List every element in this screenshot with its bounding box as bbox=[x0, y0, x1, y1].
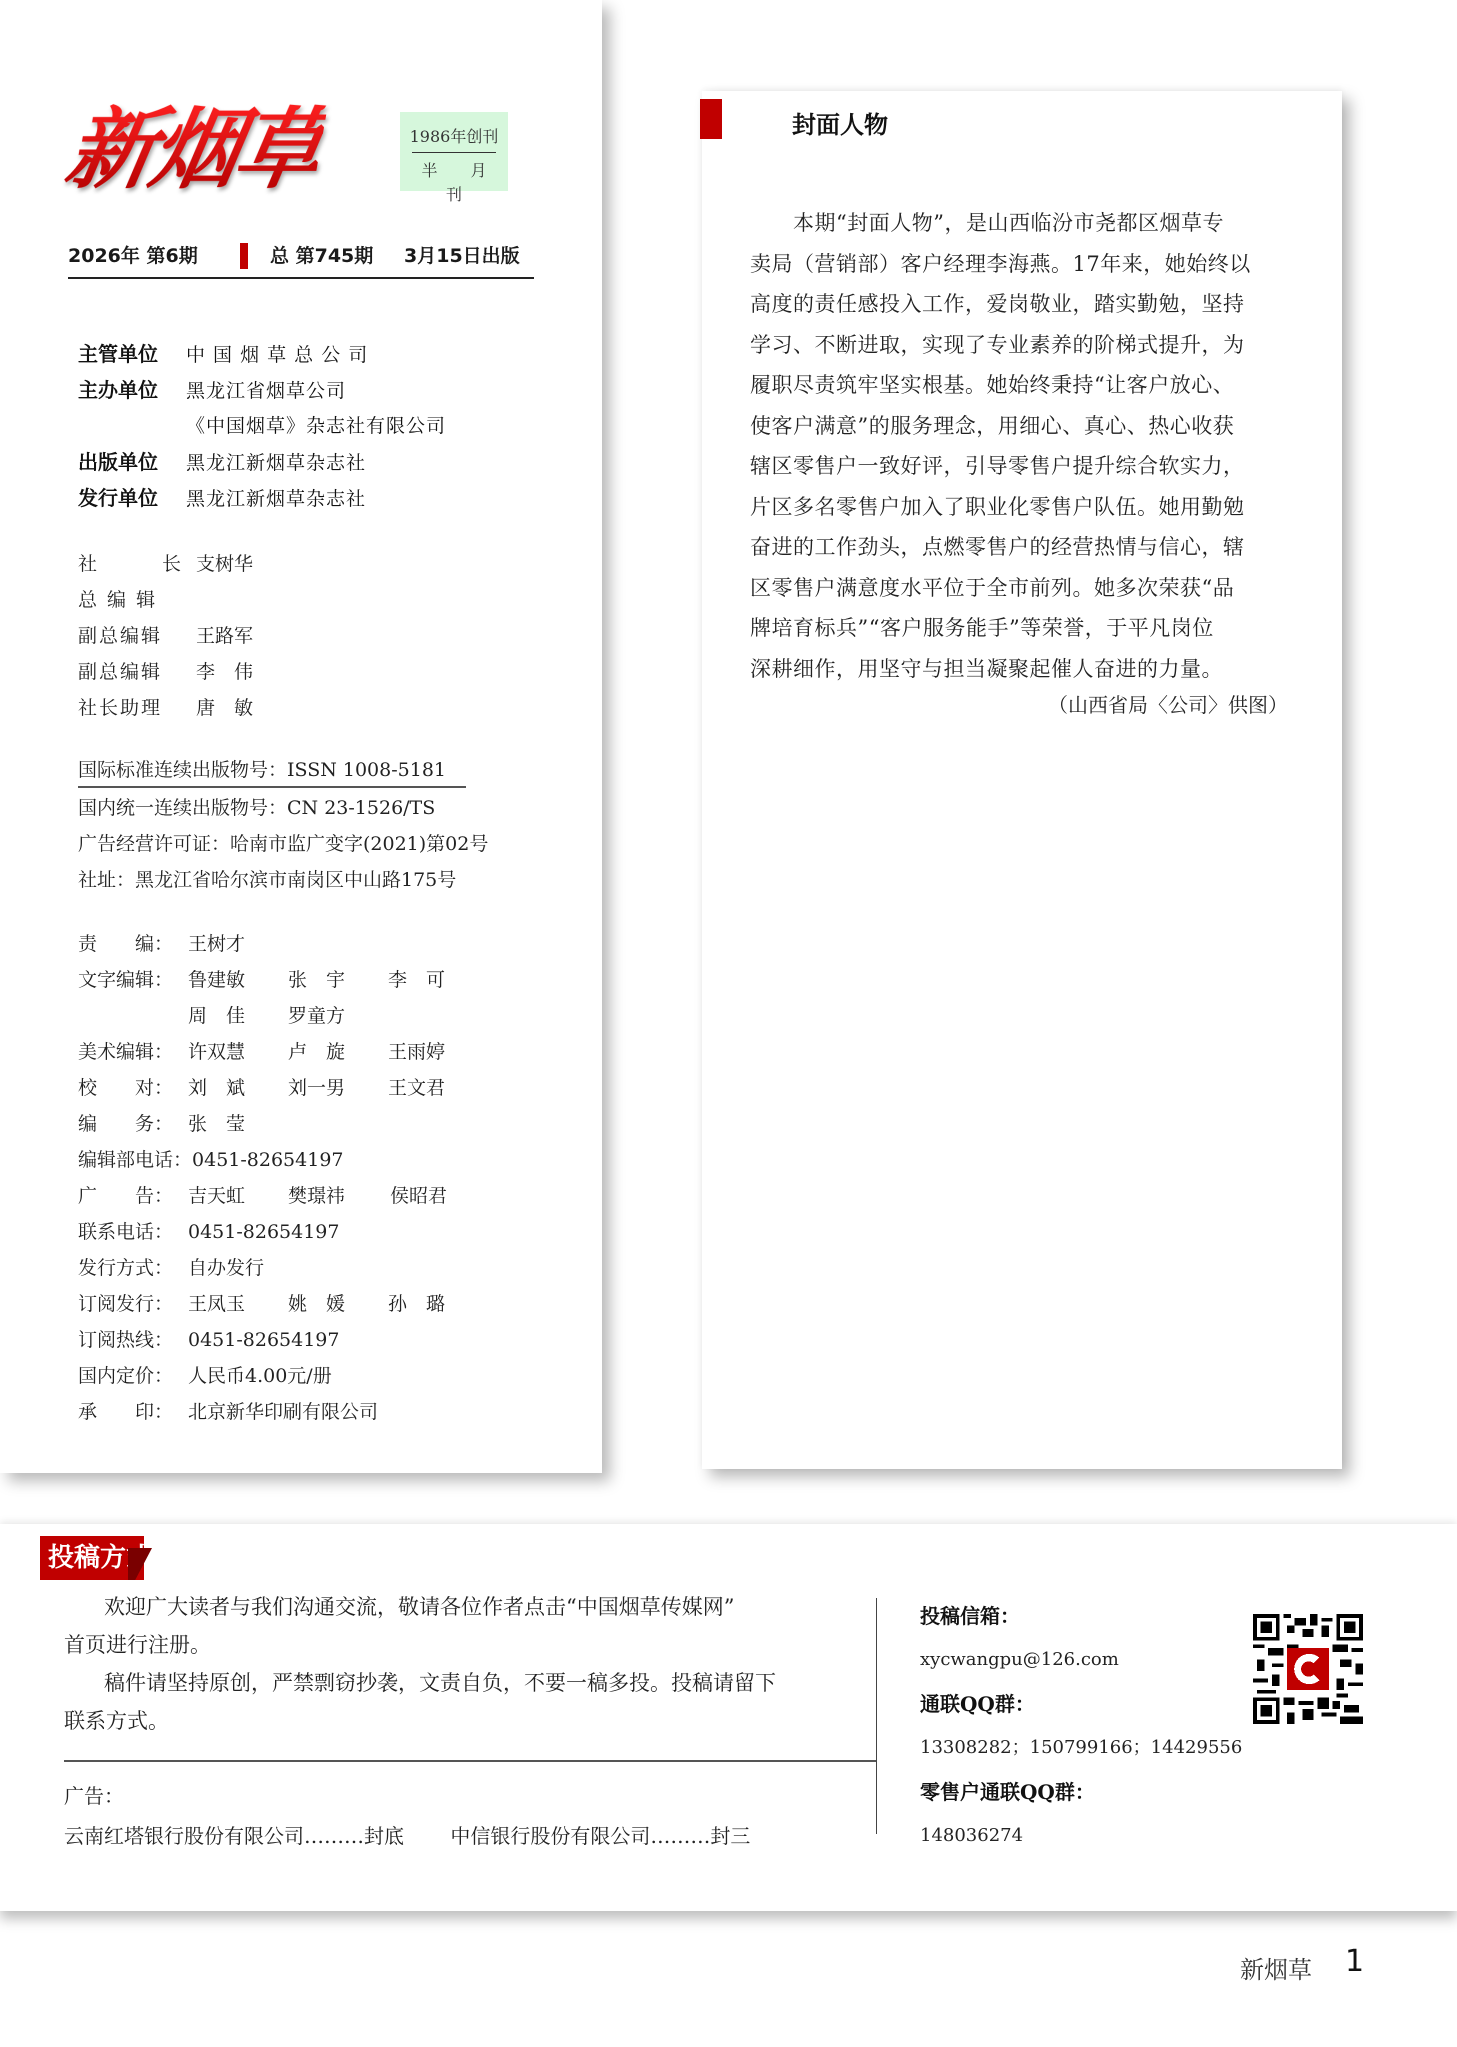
credit-row: 发行方式：自办发行 bbox=[78, 1250, 344, 1286]
staff-row: 总 编 辑 bbox=[78, 582, 253, 618]
issue-date: 3月15日出版 bbox=[404, 243, 520, 269]
section-marker bbox=[700, 99, 722, 139]
magazine-logo: 新烟草 bbox=[59, 100, 329, 200]
publication-frequency: 半 月 刊 bbox=[400, 159, 508, 207]
ad-item: 中信银行股份有限公司………封三 bbox=[450, 1816, 750, 1856]
photo-credit: （山西省局〈公司〉供图） bbox=[1048, 689, 1288, 718]
credit-row: 校 对：刘 斌刘一男王文君 bbox=[78, 1070, 344, 1106]
email-address[interactable]: xycwangpu@126.com bbox=[920, 1638, 1242, 1682]
paragraph-line: 高度的责任感投入工作，爱岗敬业，踏实勤勉，坚持 bbox=[750, 284, 1296, 325]
vertical-divider bbox=[876, 1598, 877, 1834]
submission-panel: 投稿方式 欢迎广大读者与我们沟通交流，敬请各位作者点击“中国烟草传媒网” 首页进… bbox=[0, 1524, 1457, 1911]
issue-line: 2026年 第6期 总 第745期 3月15日出版 bbox=[68, 243, 534, 279]
ad-license-line: 广告经营许可证：哈南市监广变字(2021)第02号 bbox=[78, 826, 488, 862]
unit-row: 主办单位黑龙江省烟草公司 bbox=[78, 372, 446, 408]
staff-row: 社 长支树华 bbox=[78, 546, 253, 582]
email-label: 投稿信箱： bbox=[920, 1594, 1242, 1638]
qq-group-numbers: 13308282；150799166；14429556 bbox=[920, 1726, 1242, 1770]
credit-row: 编辑部电话：0451-82654197 bbox=[78, 1142, 344, 1178]
retail-qq-number: 148036274 bbox=[920, 1814, 1242, 1858]
editorial-staff: 社 长支树华 总 编 辑 副总编辑王路军 副总编辑李 伟 社长助理唐 敏 bbox=[78, 546, 253, 726]
founded-year: 1986年创刊 bbox=[400, 124, 508, 150]
ads-list: 云南红塔银行股份有限公司………封底 中信银行股份有限公司………封三 bbox=[64, 1816, 790, 1856]
founded-divider bbox=[412, 152, 496, 153]
paragraph-line: 卖局（营销部）客户经理李海燕。17年来，她始终以 bbox=[750, 244, 1296, 285]
unit-row: 发行单位黑龙江新烟草杂志社 bbox=[78, 480, 446, 516]
issue-total: 总 第745期 bbox=[270, 243, 373, 269]
qq-group-label: 通联QQ群： bbox=[920, 1682, 1242, 1726]
credit-row: 联系电话：0451-82654197 bbox=[78, 1214, 344, 1250]
paragraph-line: 牌培育标兵”“客户服务能手”等荣誉，于平凡岗位 bbox=[750, 608, 1296, 649]
paragraph-line: 本期“封面人物”，是山西临汾市尧都区烟草专 bbox=[750, 203, 1296, 244]
paragraph-line: 区零售户满意度水平位于全市前列。她多次荣获“品 bbox=[750, 568, 1296, 609]
qr-code-icon[interactable] bbox=[1252, 1614, 1364, 1724]
paragraph-line: 使客户满意”的服务理念，用细心、真心、热心收获 bbox=[750, 406, 1296, 447]
masthead-panel: 新烟草 1986年创刊 半 月 刊 2026年 第6期 总 第745期 3月15… bbox=[0, 0, 602, 1473]
paragraph-line: 稿件请坚持原创，严禁剽窃抄袭，文责自负，不要一稿多投。投稿请留下 bbox=[64, 1664, 864, 1702]
credit-row: 文字编辑：鲁建敏张 宇李 可 bbox=[78, 962, 344, 998]
staff-row: 副总编辑李 伟 bbox=[78, 654, 253, 690]
paragraph-line: 欢迎广大读者与我们沟通交流，敬请各位作者点击“中国烟草传媒网” bbox=[64, 1588, 864, 1626]
unit-row: 主管单位中 国 烟 草 总 公 司 bbox=[78, 336, 446, 372]
paragraph-line: 学习、不断进取，实现了专业素养的阶梯式提升，为 bbox=[750, 325, 1296, 366]
credit-row: 广 告：吉天虹樊璟祎侯昭君 bbox=[78, 1178, 344, 1214]
paragraph-line: 片区多名零售户加入了职业化零售户队伍。她用勤勉 bbox=[750, 487, 1296, 528]
credit-row: 周 佳罗童方 bbox=[78, 998, 344, 1034]
retail-qq-label: 零售户通联QQ群： bbox=[920, 1770, 1242, 1814]
staff-row: 社长助理唐 敏 bbox=[78, 690, 253, 726]
issn-line: 国际标准连续出版物号：ISSN 1008-5181 bbox=[78, 752, 466, 788]
credit-row: 责 编：王树才 bbox=[78, 926, 344, 962]
credit-row: 美术编辑：许双慧卢 旋王雨婷 bbox=[78, 1034, 344, 1070]
unit-row: 出版单位黑龙江新烟草杂志社 bbox=[78, 444, 446, 480]
paragraph-line: 联系方式。 bbox=[64, 1702, 864, 1740]
paragraph-line: 深耕细作，用坚守与担当凝聚起催人奋进的力量。 bbox=[750, 649, 1296, 690]
cover-person-panel: 封面人物 本期“封面人物”，是山西临汾市尧都区烟草专 卖局（营销部）客户经理李海… bbox=[702, 91, 1342, 1469]
issue-divider-bar bbox=[240, 243, 248, 269]
credit-row: 国内定价：人民币4.00元/册 bbox=[78, 1358, 344, 1394]
issue-year: 2026年 第6期 bbox=[68, 243, 198, 269]
horizontal-divider bbox=[64, 1760, 876, 1762]
paragraph-line: 履职尽责筑牢坚实根基。她始终秉持“让客户放心、 bbox=[750, 365, 1296, 406]
unit-row: 《中国烟草》杂志社有限公司 bbox=[78, 408, 446, 444]
paragraph-line: 奋进的工作劲头，点燃零售户的经营热情与信心，辖 bbox=[750, 527, 1296, 568]
cn-line: 国内统一连续出版物号：CN 23-1526/TS bbox=[78, 790, 488, 826]
footer-brand: 新烟草 bbox=[1240, 1950, 1312, 1985]
ads-label: 广告： bbox=[64, 1776, 790, 1816]
contact-info: 投稿信箱： xycwangpu@126.com 通联QQ群： 13308282；… bbox=[920, 1594, 1242, 1858]
ad-item: 云南红塔银行股份有限公司………封底 bbox=[64, 1816, 404, 1856]
credit-row: 订阅热线：0451-82654197 bbox=[78, 1322, 344, 1358]
address-line: 社址：黑龙江省哈尔滨市南岗区中山路175号 bbox=[78, 862, 488, 898]
submission-instructions: 欢迎广大读者与我们沟通交流，敬请各位作者点击“中国烟草传媒网” 首页进行注册。 … bbox=[64, 1588, 864, 1740]
credit-row: 编 务：张 莹 bbox=[78, 1106, 344, 1142]
section-title: 封面人物 bbox=[792, 105, 888, 140]
cover-description: 本期“封面人物”，是山西临汾市尧都区烟草专 卖局（营销部）客户经理李海燕。17年… bbox=[750, 203, 1296, 689]
credit-row: 订阅发行：王凤玉姚 媛孙 璐 bbox=[78, 1286, 344, 1322]
credit-row: 承 印：北京新华印刷有限公司 bbox=[78, 1394, 344, 1430]
paragraph-line: 辖区零售户一致好评，引导零售户提升综合软实力， bbox=[750, 446, 1296, 487]
sponsor-units: 主管单位中 国 烟 草 总 公 司 主办单位黑龙江省烟草公司 《中国烟草》杂志社… bbox=[78, 336, 446, 516]
staff-row: 副总编辑王路军 bbox=[78, 618, 253, 654]
credits-list: 责 编：王树才 文字编辑：鲁建敏张 宇李 可 周 佳罗童方 美术编辑：许双慧卢 … bbox=[78, 926, 344, 1430]
founded-badge: 1986年创刊 半 月 刊 bbox=[400, 112, 508, 191]
page-number: 1 bbox=[1345, 1944, 1364, 1979]
publication-info: 国际标准连续出版物号：ISSN 1008-5181 国内统一连续出版物号：CN … bbox=[78, 752, 488, 898]
advertisers: 广告： 云南红塔银行股份有限公司………封底 中信银行股份有限公司………封三 bbox=[64, 1776, 790, 1856]
paragraph-line: 首页进行注册。 bbox=[64, 1626, 864, 1664]
